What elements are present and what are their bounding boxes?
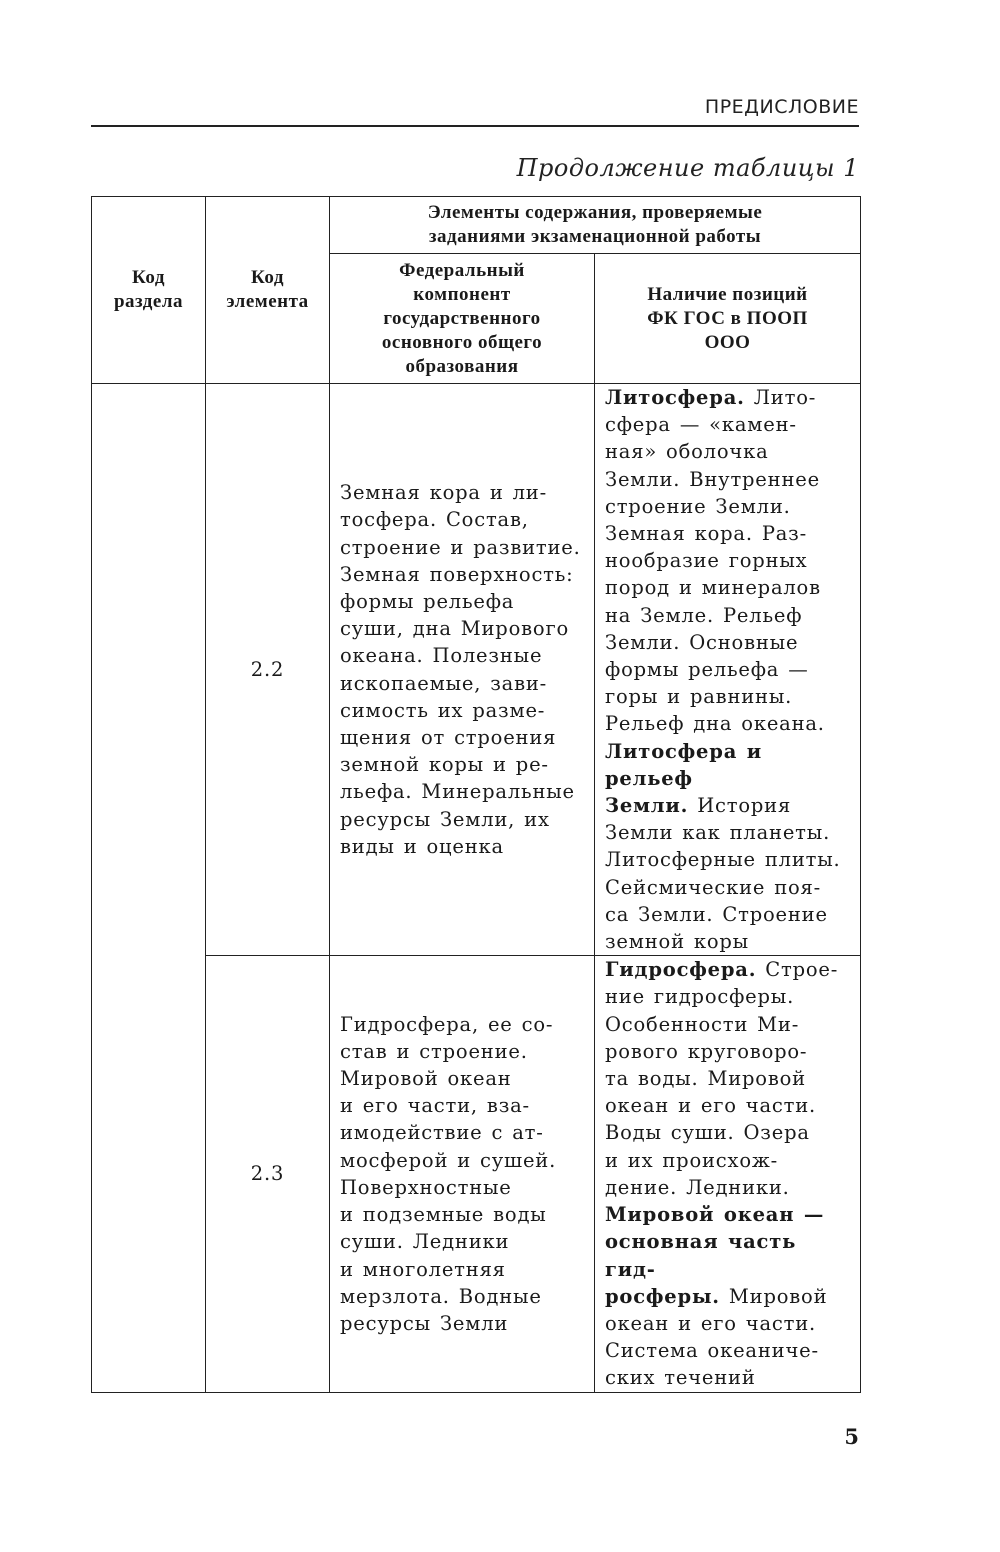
cell-poop: Гидросфера. Строе- ние гидросферы. Особе… [595, 956, 861, 1392]
cell-element-code: 2.2 [206, 384, 330, 956]
cell-section-code [92, 384, 206, 1393]
header-content-elements: Элементы содержания, проверяемые задания… [330, 197, 861, 254]
running-head: ПРЕДИСЛОВИЕ [705, 96, 859, 118]
content-table: Код раздела Код элемента Элементы содерж… [91, 196, 861, 1393]
header-element-code: Код элемента [206, 197, 330, 384]
cell-fk-gos: Гидросфера, ее со- став и строение. Миро… [330, 956, 595, 1392]
text-run: Лито- сфера — «камен- ная» оболочка Земл… [605, 386, 825, 735]
header-fk-gos: Федеральный компонент государственного о… [330, 254, 595, 384]
text-run: История Земли как планеты. Литосферные п… [605, 794, 841, 953]
page-number: 5 [844, 1424, 859, 1449]
cell-fk-gos: Земная кора и ли- тосфера. Состав, строе… [330, 384, 595, 956]
header-section-code: Код раздела [92, 197, 206, 384]
cell-element-code: 2.3 [206, 956, 330, 1392]
text-run: Строе- ние гидросферы. Особенности Ми- р… [605, 958, 838, 1199]
cell-poop: Литосфера. Лито- сфера — «камен- ная» об… [595, 384, 861, 956]
bold-term: Литосфера. [605, 386, 745, 409]
header-poop: Наличие позиций ФК ГОС в ПООП ООО [595, 254, 861, 384]
table-caption: Продолжение таблицы 1 [517, 154, 859, 182]
bold-term: Гидросфера. [605, 958, 756, 981]
header-rule [91, 125, 859, 127]
